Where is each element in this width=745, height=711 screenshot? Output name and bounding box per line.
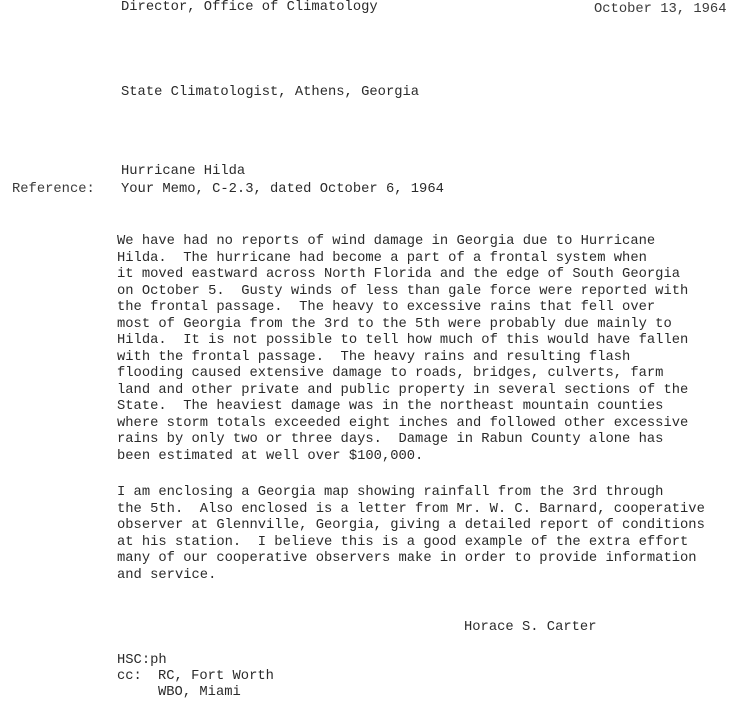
paragraph-line: the frontal passage. The heavy to excess… [117, 300, 688, 317]
paragraph-line: been estimated at well over $100,000. [117, 449, 688, 466]
paragraph-line: with the frontal passage. The heavy rain… [117, 350, 688, 367]
paragraph-line: Hilda. The hurricane had become a part o… [117, 251, 688, 268]
reference-value: Your Memo, C-2.3, dated October 6, 1964 [121, 182, 444, 198]
paragraph-line: many of our cooperative observers make i… [117, 551, 705, 568]
paragraph-line: Hilda. It is not possible to tell how mu… [117, 333, 688, 350]
paragraph-line: and service. [117, 568, 705, 585]
paragraph-line: flooding caused extensive damage to road… [117, 366, 688, 383]
paragraph-line: land and other private and public proper… [117, 383, 688, 400]
cc-recipient: WBO, Miami [158, 685, 241, 701]
paragraph-line: at his station. I believe this is a good… [117, 535, 705, 552]
paragraph-line: where storm totals exceeded eight inches… [117, 416, 688, 433]
subject-title: Hurricane Hilda [121, 164, 245, 180]
paragraph-line: We have had no reports of wind damage in… [117, 234, 688, 251]
letter-date: October 13, 1964 [594, 2, 726, 18]
cc-recipient: RC, Fort Worth [158, 669, 274, 685]
paragraph-line: observer at Glennville, Georgia, giving … [117, 518, 705, 535]
signature: Horace S. Carter [464, 620, 596, 636]
paragraph-line: rains by only two or three days. Damage … [117, 432, 688, 449]
paragraph-line: most of Georgia from the 3rd to the 5th … [117, 317, 688, 334]
paragraph-line: it moved eastward across North Florida a… [117, 267, 688, 284]
paragraph-line: State. The heaviest damage was in the no… [117, 399, 688, 416]
cc-label: cc: [117, 669, 142, 685]
paragraph-line: on October 5. Gusty winds of less than g… [117, 284, 688, 301]
paragraph-line: I am enclosing a Georgia map showing rai… [117, 485, 705, 502]
typist-initials: HSC:ph [117, 653, 167, 669]
body-paragraph-2: I am enclosing a Georgia map showing rai… [117, 485, 705, 584]
body-paragraph-1: We have had no reports of wind damage in… [117, 234, 688, 465]
paragraph-line: the 5th. Also enclosed is a letter from … [117, 502, 705, 519]
from-line: Director, Office of Climatology [121, 0, 378, 16]
to-line: State Climatologist, Athens, Georgia [121, 85, 419, 101]
reference-label: Reference: [12, 182, 95, 198]
